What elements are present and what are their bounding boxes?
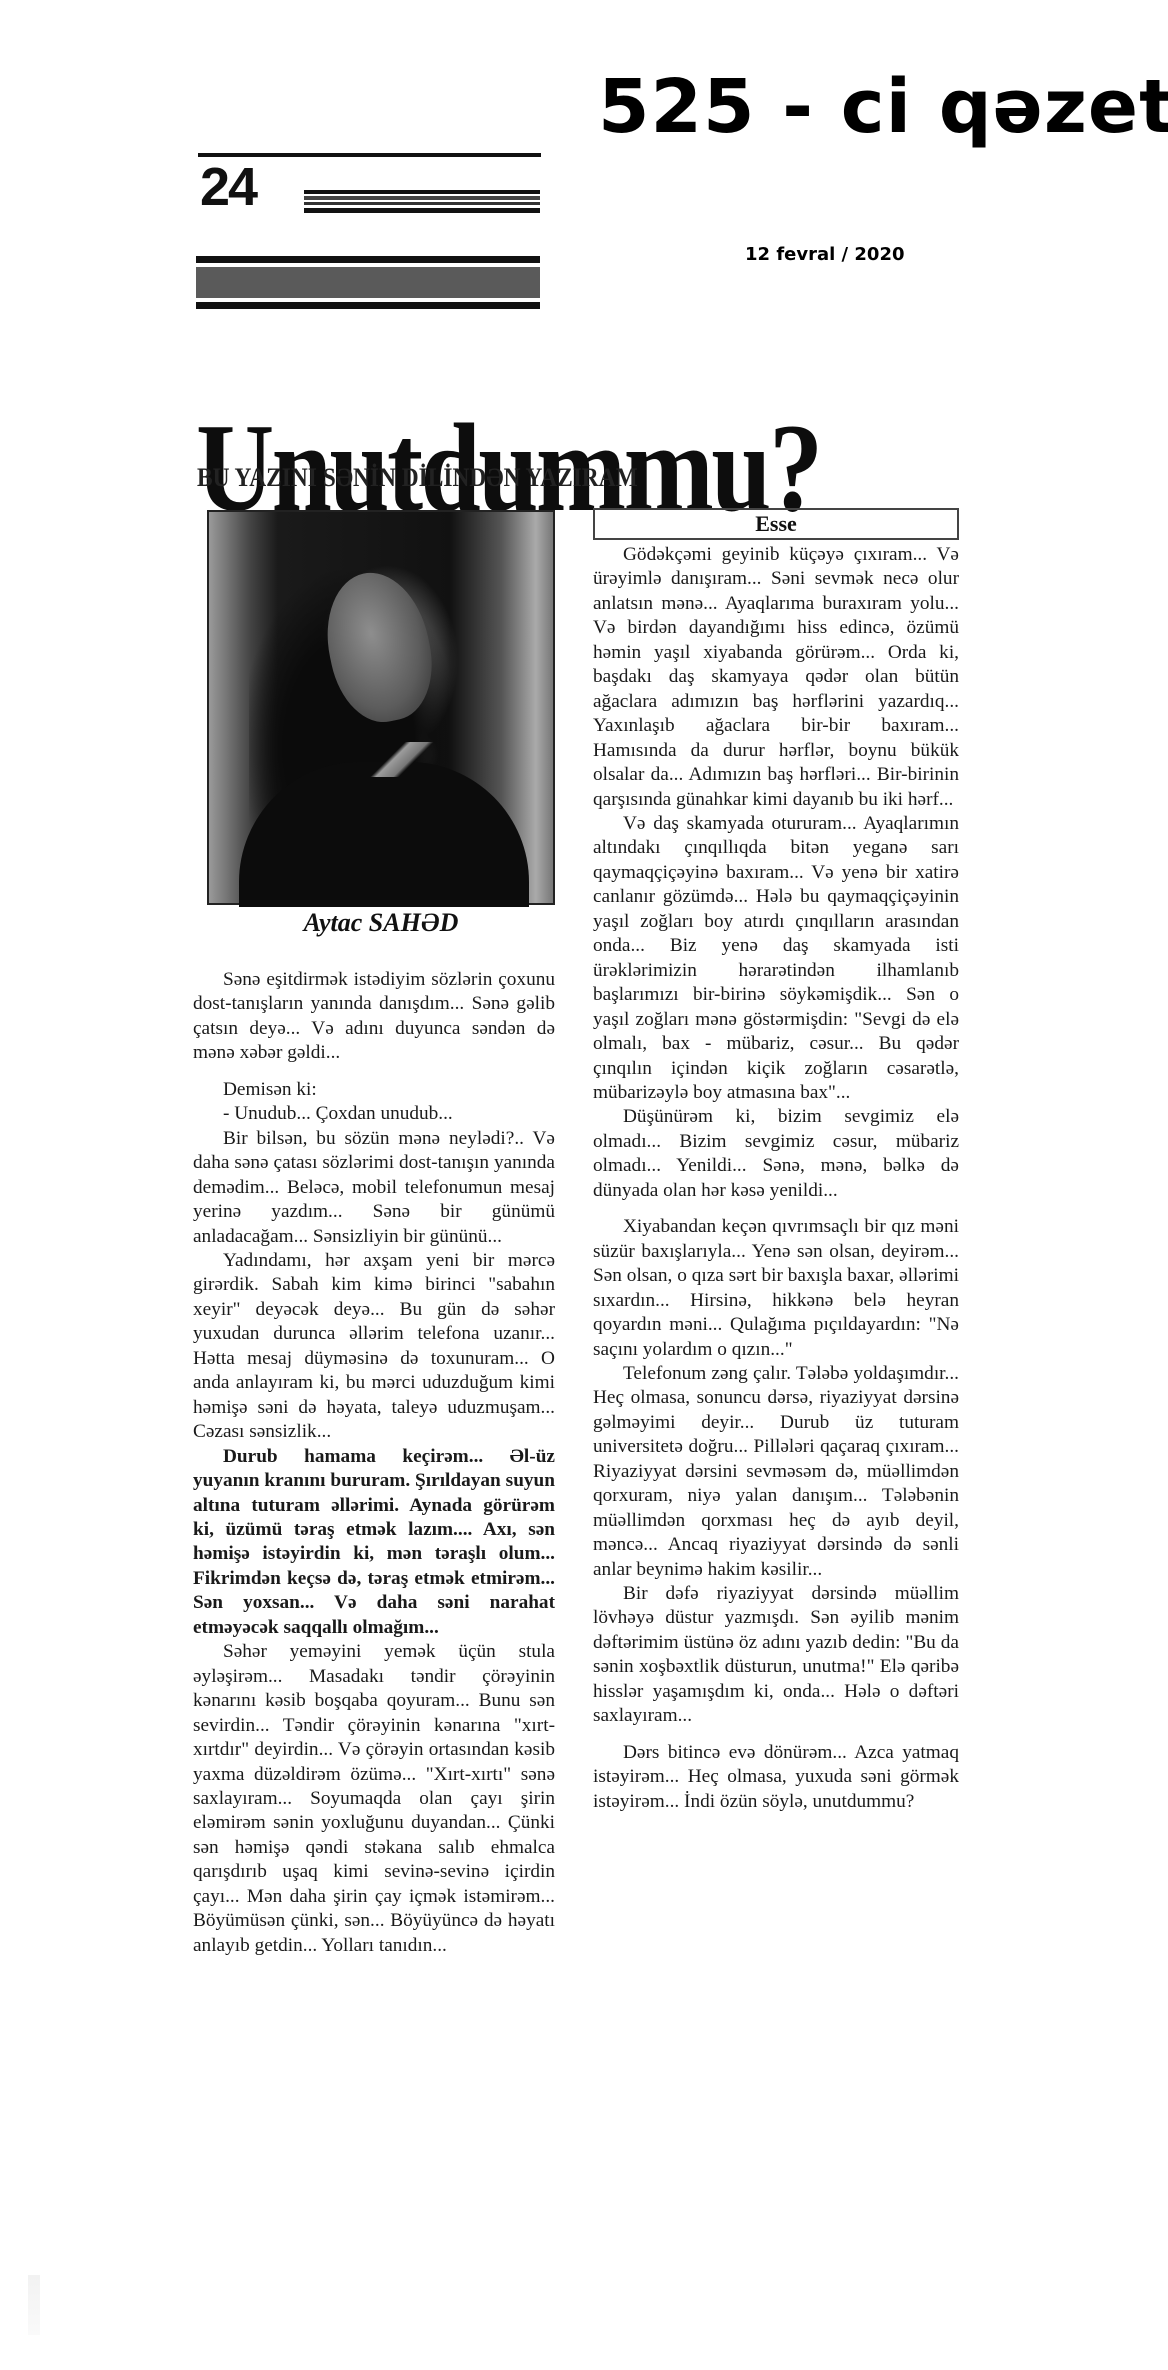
paragraph: Gödəkçəmi geyinib küçəyə çıxıram... Və ü…: [593, 543, 959, 812]
paragraph: Düşünürəm ki, bizim sevgimiz elə olmadı.…: [593, 1105, 959, 1203]
paragraph: - Unudub... Çoxdan unudub...: [193, 1102, 555, 1126]
article-subtitle: BU YAZINI SƏNİN DİLİNDƏN YAZIRAM: [197, 463, 638, 493]
article-column-left: Sənə eşitdirmək istədiyim sözlərin çoxun…: [193, 968, 555, 1958]
paragraph: Səhər yeməyini yemək üçün stula əyləşirə…: [193, 1640, 555, 1958]
band-line-bottom: [196, 302, 540, 309]
paragraph: Bir bilsən, bu sözün mənə neylədi?.. Və …: [193, 1127, 555, 1249]
paragraph: Və daş skamyada otururam... Ayaqlarımın …: [593, 812, 959, 1105]
paragraph: Sənə eşitdirmək istədiyim sözlərin çoxun…: [193, 968, 555, 1066]
band-line-top: [196, 256, 540, 263]
author-byline: Aytac SAHƏD: [207, 908, 555, 938]
paragraph: Yadındamı, hər axşam yeni bir mərcə girə…: [193, 1249, 555, 1445]
paragraph: Dərs bitincə evə dönürəm... Azca yatmaq …: [593, 1741, 959, 1814]
paragraph: Bir dəfə riyaziyyat dərsində müəllim löv…: [593, 1582, 959, 1729]
scan-artifact: [28, 2275, 40, 2335]
header-rule-band: [196, 256, 540, 312]
header-rule-triple: [304, 190, 540, 214]
paragraph: Durub hamama keçirəm... Əl-üz yuyanın kr…: [193, 1445, 555, 1641]
paragraph: Xiyabandan keçən qıvrımsaçlı bir qız mən…: [593, 1215, 959, 1362]
paragraph: Demisən ki:: [193, 1078, 555, 1102]
issue-date: 12 fevral / 2020: [745, 244, 905, 265]
band-gray-fill: [196, 267, 540, 298]
photo-collar-shape: [359, 742, 439, 777]
publication-name: 525 - ci qəzet: [598, 70, 1168, 144]
article-column-right: Gödəkçəmi geyinib küçəyə çıxıram... Və ü…: [593, 543, 959, 1814]
author-photo: [207, 510, 555, 905]
paragraph: Telefonum zəng çalır. Tələbə yoldaşımdır…: [593, 1362, 959, 1582]
page-number: 24: [200, 160, 256, 214]
rubric-label: Esse: [593, 508, 959, 540]
